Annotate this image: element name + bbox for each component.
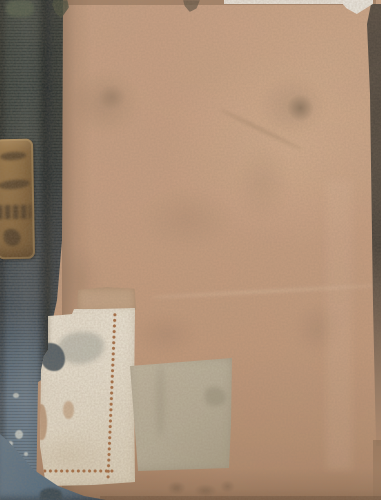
spine-title-label [0, 139, 35, 260]
stain [236, 146, 290, 220]
spine-label-script-line [0, 179, 30, 190]
spine-worn-speck [24, 452, 28, 456]
book-photo [0, 0, 381, 500]
corner-cloth-nub [40, 488, 62, 500]
right-edge-tint [373, 440, 381, 500]
top-edge-backdrop-sliver [224, 0, 348, 4]
spine-worn-speck [15, 430, 23, 439]
crease-line [326, 180, 352, 470]
stain [140, 188, 232, 250]
stain [134, 312, 198, 356]
spine-worn-patch [6, 0, 34, 17]
bottom-edge-line [100, 496, 381, 500]
spine-label-numeral-mark [4, 229, 21, 246]
torn-patch-tan [63, 401, 74, 419]
stain [287, 94, 314, 122]
label-smudge [205, 387, 226, 406]
perforation-dots-vertical [105, 312, 118, 480]
label-streak [156, 366, 165, 438]
spine-label-script-line [0, 205, 31, 220]
spine-label-script-line [0, 151, 27, 161]
stain [98, 84, 126, 110]
perforation-dots-horizontal [42, 468, 114, 474]
spine-worn-speck [13, 393, 19, 398]
white-perforated-label [38, 306, 135, 486]
green-paper-label [129, 358, 232, 471]
